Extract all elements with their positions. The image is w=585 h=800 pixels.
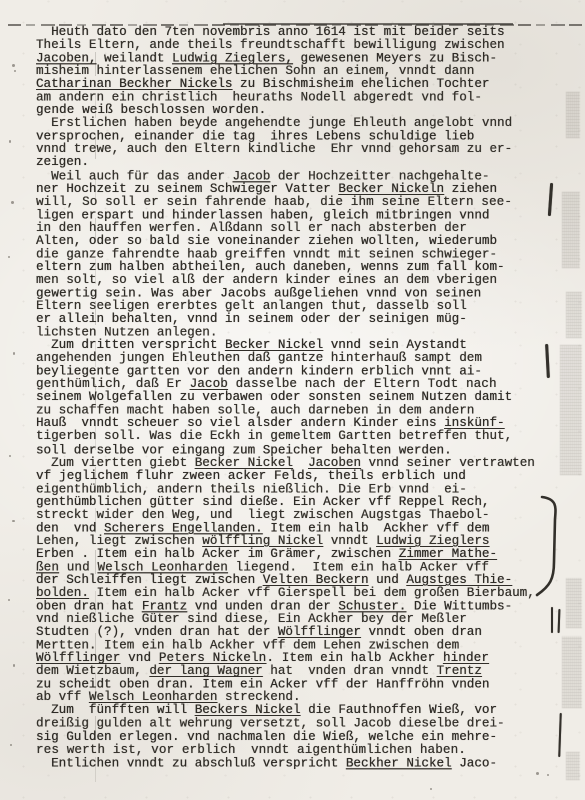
ink-speck [12, 64, 15, 67]
underlined-name: Welsch Leonharden [97, 560, 228, 574]
text-line: Theils Eltern, ande theils freundtschaff… [36, 39, 581, 52]
text-line: zu schaffen macht haben solle, auch darn… [36, 405, 581, 418]
underlined-name: Catharinan Beckher Nickels [36, 77, 233, 91]
text-line: Zum viertten giebt Becker Nickel Jacoben… [36, 457, 581, 470]
underlined-name: hinder [443, 651, 489, 665]
underlined-name: Jacob [233, 169, 271, 183]
text-line: Jacoben, weilandt Ludwig Zieglers, gewes… [36, 52, 581, 65]
text-line: zeigen. [36, 156, 581, 169]
text-line: den vnd Scherers Engellanden. Item ein h… [36, 522, 581, 535]
text-line: Mertten. Item ein halb Ackher vff dem Le… [36, 640, 581, 653]
edge-smudge [566, 752, 580, 780]
text-line: angehenden jungen Ehleuthen daß gantze h… [36, 352, 581, 365]
text-line: streckt wider den Weg, und liegt zwische… [36, 509, 581, 522]
edge-smudge [566, 292, 582, 338]
text-line: zu scheidt oben dran. Item ein Acker vff… [36, 679, 581, 692]
ink-speck [13, 664, 15, 667]
text-line: am andern ein christlich heuraths Nodell… [36, 92, 581, 105]
underlined-name: Velten Beckern [263, 573, 369, 587]
margin-brace-mark [534, 494, 564, 600]
underlined-name: Zimmer Mathe- [399, 547, 497, 561]
edge-smudge [562, 192, 580, 268]
text-line: in den hauffen werfen. Alßdann soll er n… [36, 222, 581, 235]
text-line: eltern zum halben abtheilen, auch danebe… [36, 261, 581, 274]
underlined-name: bolden. [36, 586, 89, 600]
text-line: tigerben soll. Was die Eckh in gemeltem … [36, 430, 581, 443]
ink-speck [536, 772, 539, 775]
underlined-name: Becker Nickel [225, 338, 323, 352]
text-line: Studten (?), vnden dran hat der Wölfflin… [36, 626, 581, 639]
text-line: bolden. Item ein halb Acker vff Gierspel… [36, 587, 581, 600]
text-line: vnnd trewe, auch den Eltern kindliche Eh… [36, 143, 581, 156]
underlined-name: Jacoben [308, 456, 361, 470]
text-line: res werth ist, vor erblich vnndt aigenth… [36, 744, 581, 757]
text-line: will, So soll er sein fahrende haab, die… [36, 196, 581, 209]
text-line: ner Hochzeit zu seinem Schwieger Vatter … [36, 183, 581, 196]
text-line: ßen und Welsch Leonharden liegend. Item … [36, 561, 581, 574]
ink-speck [13, 352, 15, 355]
edge-smudge [566, 578, 582, 628]
text-line: Alten, oder so bald sie voneinander zieh… [36, 235, 581, 248]
edge-smudge [562, 636, 582, 708]
text-line: dem Wietzbaum, der lang Wagner hat vnden… [36, 665, 581, 678]
text-line: lichsten Nutzen anlegen. [36, 326, 581, 339]
underlined-name: Frantz [142, 599, 187, 613]
text-line: Lehen, liegt zwischen wölffling Nickel v… [36, 535, 581, 548]
text-line: die ganze fahrendte haab greiffen vnndt … [36, 248, 581, 261]
underlined-name: Becker Nickel [195, 456, 293, 470]
text-line: Zum fünfften will Beckers Nickel die Fau… [36, 704, 581, 717]
text-line: men solt, so viel alß der andern kinder … [36, 274, 581, 287]
underlined-name: inskünf- [444, 416, 504, 430]
ink-speck [430, 788, 432, 790]
text-line: vf jeglichem fluhr zween acker Felds, th… [36, 470, 581, 483]
text-line: gewertig sein. Was aber Jacobs außgelieh… [36, 287, 581, 300]
underlined-name: Ludwig Zieglers [376, 534, 489, 548]
underlined-name: Welsch Leonharden [89, 690, 217, 704]
underlined-name: Beckher Nickel [346, 756, 452, 770]
text-line: Weil auch für das ander Jacob der Hochze… [36, 170, 581, 183]
document-lines: Heuth dato den 7ten novembris anno 1614 … [36, 26, 581, 770]
ink-speck [10, 744, 12, 746]
ink-speck [547, 774, 549, 776]
underlined-name: Jacob [190, 377, 228, 391]
underlined-name: Becker Nickeln [338, 182, 444, 196]
text-line: eigenthümblich, andern theils nießlich. … [36, 483, 581, 496]
text-line: versprochen, einander die tag ihres Lebe… [36, 131, 581, 144]
underlined-name: Augstges Thie- [406, 573, 512, 587]
ink-speck [11, 201, 14, 204]
ink-speck [14, 70, 16, 72]
text-line: sig Gulden erlegen. vnd nachmalen die Wi… [36, 731, 581, 744]
ink-speck [9, 140, 11, 143]
text-line: ligen erspart und hinderlassen haben, gl… [36, 209, 581, 222]
scanned-document-page: Heuth dato den 7ten novembris anno 1614 … [0, 0, 585, 800]
text-line: oben dran hat Frantz vnd unden dran der … [36, 600, 581, 613]
ink-speck [12, 520, 15, 522]
edge-smudge [560, 345, 582, 475]
text-line: Entlichen vnndt zu abschluß verspricht B… [36, 757, 581, 770]
underlined-name: der lang Wagner [149, 664, 262, 678]
ink-speck [8, 256, 10, 258]
text-line: er allein behalten, vnnd in seinem oder … [36, 313, 581, 326]
underlined-name: Schuster. [338, 599, 406, 613]
underlined-name: Ludwig Zieglers, [172, 51, 293, 65]
underlined-name: Peters Nickeln [159, 651, 267, 665]
ink-speck [9, 455, 11, 457]
underlined-name: ßen [36, 560, 59, 574]
underlined-name: Wölfflinger [278, 625, 361, 639]
text-line: genthümblichen gütter sind dieße. Ein Ac… [36, 496, 581, 509]
underlined-name: Trentz [437, 664, 482, 678]
text-line: beyliegente gartten vor den andern kinde… [36, 366, 581, 379]
text-line: soll derselbe vor eingang zum Speicher b… [36, 444, 581, 457]
text-line: seinem Wolgefallen zu verbawen oder sons… [36, 391, 581, 404]
underlined-name: Jacoben, [36, 51, 96, 65]
edge-smudge [566, 92, 580, 138]
text-line: Erstlichen haben beyde angehendte junge … [36, 117, 581, 130]
ink-speck [8, 599, 10, 601]
text-line: Catharinan Beckher Nickels zu Bischmishe… [36, 78, 581, 91]
underlined-name: Scherers Engellanden. [104, 521, 263, 535]
underlined-name: wölffling Nickel [202, 534, 323, 548]
margin-double-stroke [551, 607, 553, 633]
underlined-name: Wölfflinger [36, 651, 120, 665]
underlined-name: Beckers Nickel [195, 703, 301, 717]
text-line: Erben . Item ein halb Acker im Grämer, z… [36, 548, 581, 561]
text-line: dreißig gulden alt wehrung versetzt, sol… [36, 718, 581, 731]
